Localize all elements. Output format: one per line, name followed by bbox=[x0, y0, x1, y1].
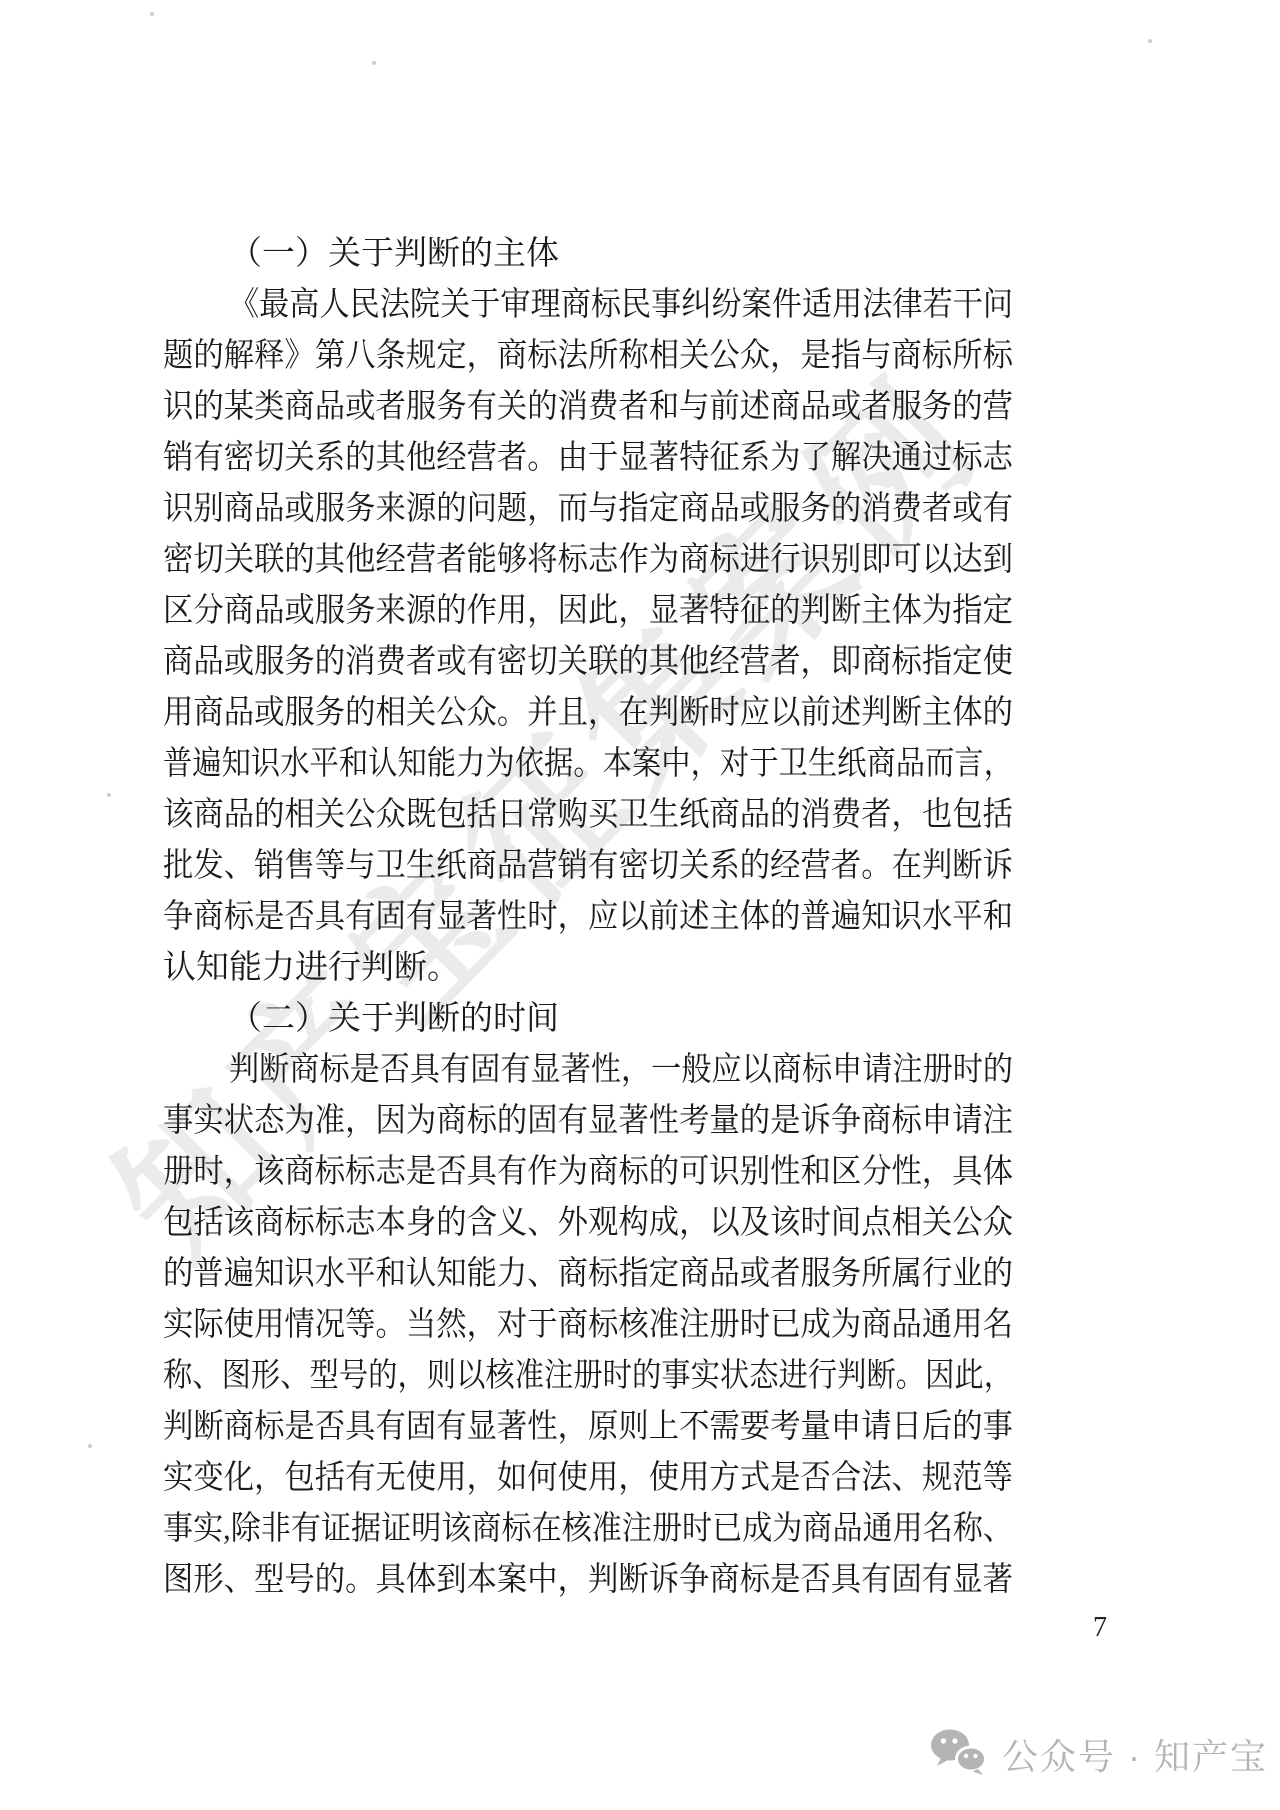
text-line: 商品或服务的消费者或有密切关联的其他经营者，即商标指定使 bbox=[163, 637, 1013, 688]
text-line: 销有密切关系的其他经营者。由于显著特征系为了解决通过标志 bbox=[163, 433, 1013, 484]
scan-speck bbox=[107, 793, 111, 797]
text-line: 识别商品或服务来源的问题，而与指定商品或服务的消费者或有 bbox=[163, 484, 1013, 535]
page-number: 7 bbox=[1093, 1612, 1107, 1644]
text-line: 判断商标是否具有固有显著性，一般应以商标申请注册时的 bbox=[163, 1045, 1013, 1096]
text-line: 普遍知识水平和认知能力为依据。本案中，对于卫生纸商品而言， bbox=[163, 739, 1013, 790]
footer-label: 公众号 · 知产宝 bbox=[1002, 1729, 1268, 1780]
wechat-icon bbox=[930, 1728, 988, 1781]
scan-speck bbox=[372, 61, 376, 65]
text-line: 《最高人民法院关于审理商标民事纠纷案件适用法律若干问 bbox=[163, 280, 1013, 331]
text-line: 包括该商标标志本身的含义、外观构成，以及该时间点相关公众 bbox=[163, 1198, 1013, 1249]
scan-speck bbox=[88, 1444, 92, 1448]
document-page: 知产宝征集案例 （一）关于判断的主体《最高人民法院关于审理商标民事纠纷案件适用法… bbox=[0, 0, 1280, 1810]
text-line: 批发、销售等与卫生纸商品营销有密切关系的经营者。在判断诉 bbox=[163, 841, 1013, 892]
text-line: 区分商品或服务来源的作用，因此，显著特征的判断主体为指定 bbox=[163, 586, 1013, 637]
text-line: 密切关联的其他经营者能够将标志作为商标进行识别即可以达到 bbox=[163, 535, 1013, 586]
text-line: 的普遍知识水平和认知能力、商标指定商品或者服务所属行业的 bbox=[163, 1249, 1013, 1300]
text-line: 实际使用情况等。当然，对于商标核准注册时已成为商品通用名 bbox=[163, 1300, 1013, 1351]
text-line: 争商标是否具有固有显著性时，应以前述主体的普遍知识水平和 bbox=[163, 892, 1013, 943]
text-line: 认知能力进行判断。 bbox=[163, 943, 1013, 994]
text-line: 册时，该商标标志是否具有作为商标的可识别性和区分性，具体 bbox=[163, 1147, 1013, 1198]
text-line: 图形、型号的。具体到本案中，判断诉争商标是否具有固有显著 bbox=[163, 1555, 1013, 1606]
text-line: 事实,除非有证据证明该商标在核准注册时已成为商品通用名称、 bbox=[163, 1504, 1013, 1555]
text-line: 用商品或服务的相关公众。并且，在判断时应以前述判断主体的 bbox=[163, 688, 1013, 739]
text-line: 该商品的相关公众既包括日常购买卫生纸商品的消费者，也包括 bbox=[163, 790, 1013, 841]
section-heading: （一）关于判断的主体 bbox=[163, 229, 1013, 280]
text-line: 题的解释》第八条规定，商标法所称相关公众，是指与商标所标 bbox=[163, 331, 1013, 382]
scan-speck bbox=[1148, 39, 1152, 43]
scan-speck bbox=[150, 12, 154, 16]
text-block: （一）关于判断的主体《最高人民法院关于审理商标民事纠纷案件适用法律若干问题的解释… bbox=[163, 229, 1013, 1606]
text-line: 识的某类商品或者服务有关的消费者和与前述商品或者服务的营 bbox=[163, 382, 1013, 433]
wechat-footer: 公众号 · 知产宝 bbox=[930, 1729, 1268, 1779]
text-line: 事实状态为准，因为商标的固有显著性考量的是诉争商标申请注 bbox=[163, 1096, 1013, 1147]
text-line: 称、图形、型号的，则以核准注册时的事实状态进行判断。因此， bbox=[163, 1351, 1013, 1402]
text-line: 实变化，包括有无使用，如何使用，使用方式是否合法、规范等 bbox=[163, 1453, 1013, 1504]
section-heading: （二）关于判断的时间 bbox=[163, 994, 1013, 1045]
text-line: 判断商标是否具有固有显著性，原则上不需要考量申请日后的事 bbox=[163, 1402, 1013, 1453]
